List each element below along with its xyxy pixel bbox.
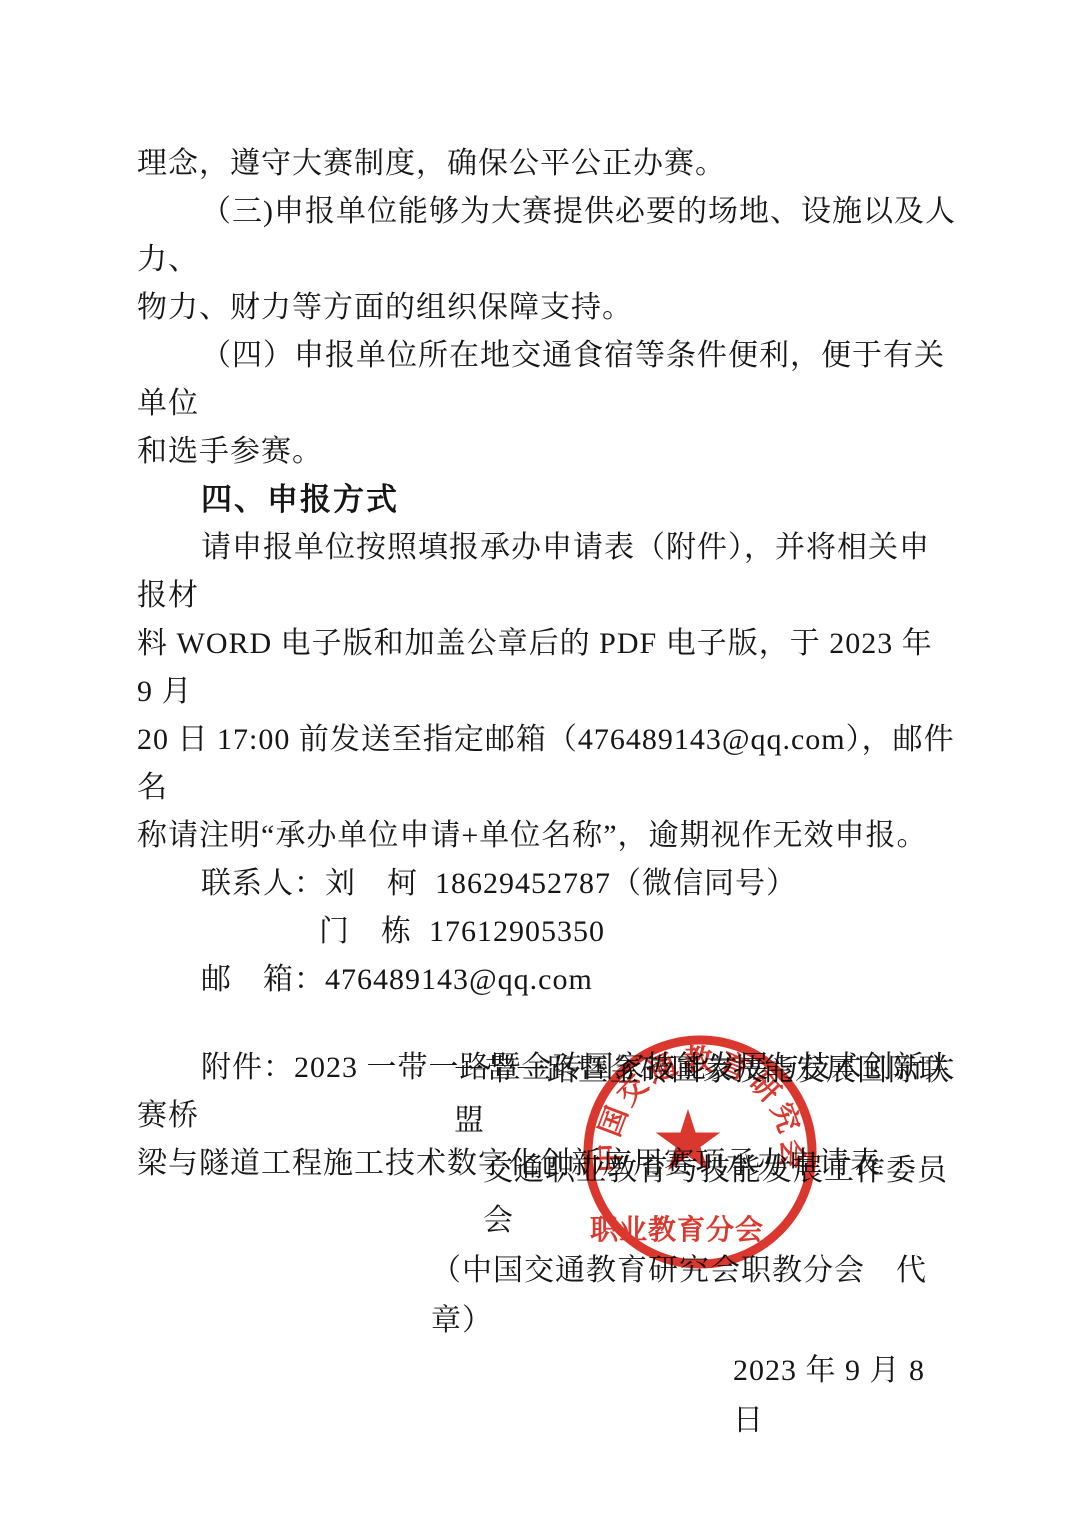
section-heading: 四、申报方式	[137, 476, 957, 524]
signature-org-line-1: 一带一路暨金砖国家技能发展国际联盟	[137, 1046, 957, 1146]
document-page: 理念，遵守大赛制度，确保公平公正办赛。 （三)申报单位能够为大赛提供必要的场地、…	[0, 0, 1080, 1527]
contact-person-line: 联系人：刘 柯 18629452787（微信同号）	[137, 860, 957, 908]
doc-line: 料 WORD 电子版和加盖公章后的 PDF 电子版，于 2023 年 9 月	[137, 620, 957, 716]
signature-agency-line: （中国交通教育研究会职教分会 代章）	[137, 1246, 957, 1346]
doc-line-item-three: （三)申报单位能够为大赛提供必要的场地、设施以及人力、	[137, 188, 957, 284]
contact-email-line: 邮 箱：476489143@qq.com	[137, 956, 957, 1004]
signature-org-line-2: 交通职业教育与技能发展工作委员会	[137, 1146, 957, 1246]
doc-line: 称请注明“承办单位申请+单位名称”，逾期视作无效申报。	[137, 812, 957, 860]
signature-date-line: 2023 年 9 月 8 日	[137, 1346, 957, 1446]
contact-person-line-2: 门 栋 17612905350	[137, 908, 957, 956]
doc-line-item-four: （四）申报单位所在地交通食宿等条件便利，便于有关单位	[137, 332, 957, 428]
official-seal-stamp: 中国交通教育研究会 职业教育分会	[580, 1032, 820, 1272]
doc-line: 和选手参赛。	[137, 428, 957, 476]
doc-line: 物力、财力等方面的组织保障支持。	[137, 284, 957, 332]
doc-line-email-deadline: 20 日 17:00 前发送至指定邮箱（476489143@qq.com），邮件…	[137, 716, 957, 812]
signature-block: 一带一路暨金砖国家技能发展国际联盟 交通职业教育与技能发展工作委员会 （中国交通…	[137, 1046, 957, 1446]
doc-line: 理念，遵守大赛制度，确保公平公正办赛。	[137, 140, 957, 188]
document-body: 理念，遵守大赛制度，确保公平公正办赛。 （三)申报单位能够为大赛提供必要的场地、…	[137, 140, 957, 1188]
doc-line: 请申报单位按照填报承办申请表（附件），并将相关申报材	[137, 524, 957, 620]
star-icon	[656, 1109, 721, 1171]
seal-branch-text: 职业教育分会	[590, 1213, 764, 1245]
